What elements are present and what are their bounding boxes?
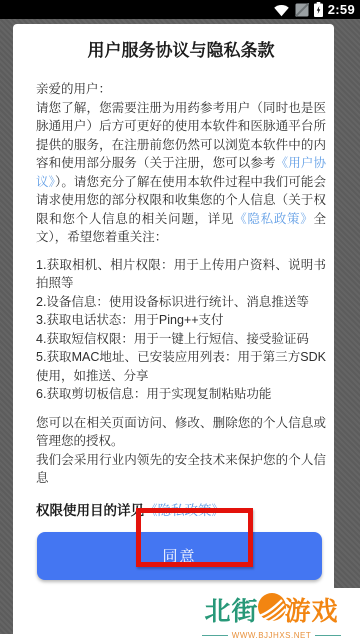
footer-line: 权限使用目的详见《隐私政策》 [36,501,326,521]
permission-item: 4.获取短信权限：用于一键上行短信、接受验证码 [36,330,326,349]
permission-list: 1.获取相机、相片权限：用于上传用户资料、说明书拍照等 2.设备信息：使用设备标… [36,256,326,404]
watermark-brand-green: 北街 [204,596,258,626]
status-time: 2:59 [328,2,355,17]
battery-charging-icon [314,2,323,17]
privacy-policy-link[interactable]: 《隐私政策》 [234,212,313,226]
privacy-dialog: 用户服务协议与隐私条款 亲爱的用户： 请您了解，您需要注册为用药参考用户（同时也… [13,24,334,640]
dash-left [202,635,228,636]
permission-item: 6.获取剪切板信息：用于实现复制粘贴功能 [36,385,326,404]
screen: 2:59 用户服务协议与隐私条款 亲爱的用户： 请您了解，您需要注册为用药参考用… [0,0,360,640]
no-signal-icon [295,3,309,17]
permission-item: 2.设备信息：使用设备标识进行统计、消息推送等 [36,293,326,312]
security-paragraph: 我们会采用行业内领先的安全技术来保护您的个人信息 [36,451,326,488]
status-bar: 2:59 [0,0,360,19]
permission-item: 5.获取MAC地址、已安装应用列表：用于第三方SDK使用，如推送、分享 [36,348,326,385]
watermark-url: WWW.BJJHXS.NET [232,631,311,640]
dash-right [315,635,341,636]
watermark-url-row: WWW.BJJHXS.NET [202,631,341,640]
watermark-brand-orange: 游戏 [285,596,339,626]
dialog-body: 亲爱的用户： 请您了解，您需要注册为用药参考用户（同时也是医脉通用户）后方可更好… [36,80,326,488]
greeting-line: 亲爱的用户： [36,80,326,99]
permission-item: 3.获取电话状态：用于Ping++支付 [36,311,326,330]
watermark-sun-icon [255,591,289,630]
wifi-icon [273,3,290,17]
permission-item: 1.获取相机、相片权限：用于上传用户资料、说明书拍照等 [36,256,326,293]
agree-button[interactable]: 同意 [37,532,322,580]
site-watermark: 北街 游戏 WWW.BJJHXS.NET [183,588,360,640]
watermark-logo: 北街 游戏 [204,591,338,630]
dialog-title: 用户服务协议与隐私条款 [36,39,326,63]
intro-paragraph: 请您了解，您需要注册为用药参考用户（同时也是医脉通用户）后方可更好的使用本软件和… [36,99,326,247]
footer-label: 权限使用目的详见 [36,503,144,518]
footer-privacy-policy-link[interactable]: 《隐私政策》 [144,503,225,518]
manage-paragraph: 您可以在相关页面访问、修改、删除您的个人信息或管理您的授权。 [36,414,326,451]
